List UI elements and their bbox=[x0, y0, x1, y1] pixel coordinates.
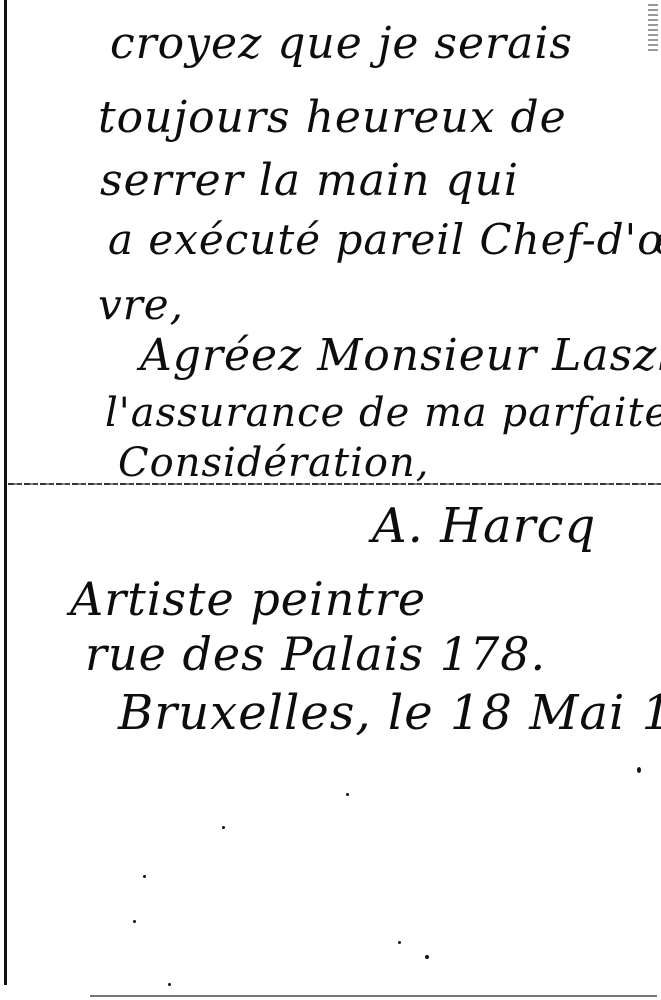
page-bottom-edge bbox=[90, 995, 657, 997]
paper-speck bbox=[398, 941, 401, 944]
closing-line-2: l'assurance de ma parfaite bbox=[105, 390, 661, 436]
letter-line-1: croyez que je serais bbox=[110, 18, 573, 69]
paper-speck bbox=[133, 920, 136, 923]
paper-speck bbox=[222, 826, 225, 829]
paper-speck bbox=[637, 767, 641, 773]
letter-page: croyez que je serais toujours heureux de… bbox=[0, 0, 661, 1000]
edge-mark bbox=[648, 4, 658, 54]
sender-title: Artiste peintre bbox=[70, 572, 426, 626]
paper-speck bbox=[346, 793, 349, 796]
place-and-date: Bruxelles, le 18 Mai 1901 bbox=[118, 685, 661, 741]
closing-line-1: Agréez Monsieur Laszlo bbox=[140, 330, 661, 381]
sender-address: rue des Palais 178. bbox=[85, 627, 546, 681]
letter-line-2: toujours heureux de bbox=[98, 92, 567, 143]
signature: A. Harcq bbox=[372, 498, 596, 554]
letter-line-4: a exécuté pareil Chef-d'œu- bbox=[108, 215, 661, 264]
paper-speck bbox=[168, 983, 171, 986]
paper-speck bbox=[143, 875, 146, 878]
paper-speck bbox=[425, 955, 429, 959]
letter-line-3: serrer la main qui bbox=[100, 155, 519, 206]
page-left-border bbox=[4, 0, 7, 985]
closing-line-3: Considération, bbox=[118, 440, 429, 486]
letter-line-5: vre, bbox=[98, 280, 184, 329]
